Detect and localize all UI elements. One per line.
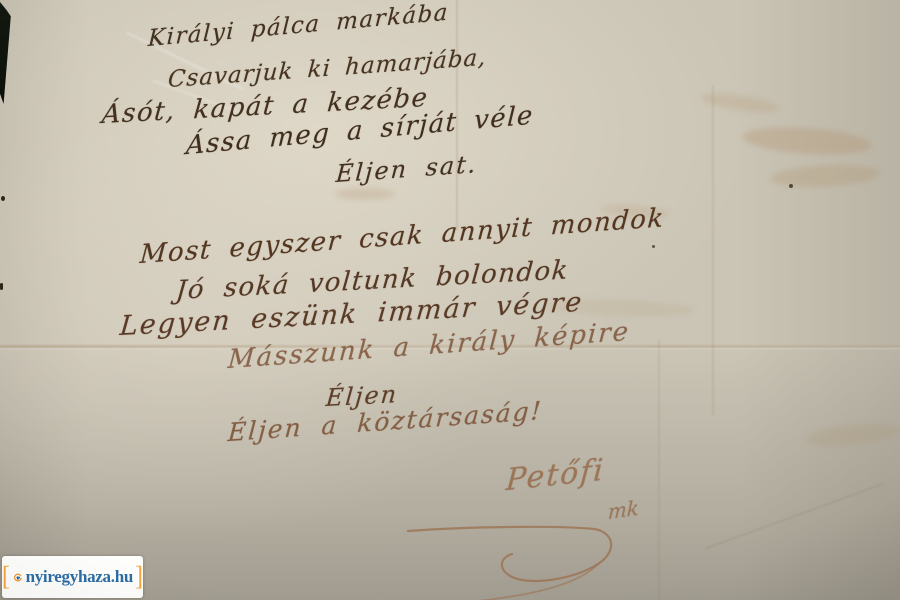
ink-stain bbox=[804, 420, 900, 450]
poem-line-6: Most egyszer csak annyit mondok bbox=[139, 203, 666, 270]
signature: Petőfi bbox=[505, 452, 606, 498]
watermark-logo: [ nyiregyhaza.hu ] bbox=[2, 556, 143, 598]
ink-speck bbox=[652, 245, 655, 248]
bracket-left-icon: [ bbox=[2, 563, 10, 591]
signature-mark: mk bbox=[608, 495, 640, 524]
poem-line-1: Királyi pálca markába bbox=[147, 0, 449, 52]
vertical-crease bbox=[658, 340, 660, 600]
diagonal-crease bbox=[705, 483, 884, 550]
poem-line-2: Csavarjuk ki hamarjába, bbox=[167, 45, 487, 93]
background-corner bbox=[0, 2, 12, 104]
ink-speck bbox=[0, 283, 3, 290]
ink-speck bbox=[1, 196, 5, 201]
nyiregyhaza-logo-icon bbox=[13, 570, 23, 585]
ink-stain bbox=[699, 90, 780, 117]
ink-stain bbox=[335, 188, 395, 200]
watermark-text: nyiregyhaza.hu bbox=[26, 567, 133, 587]
manuscript-photo: Királyi pálca markába Csavarjuk ki hamar… bbox=[0, 0, 900, 600]
bracket-right-icon: ] bbox=[135, 563, 143, 591]
ink-speck bbox=[789, 184, 793, 188]
vertical-crease bbox=[712, 85, 714, 415]
ink-stain bbox=[741, 123, 872, 158]
poem-line-5: Éljen sat. bbox=[335, 150, 478, 188]
ink-stain bbox=[769, 162, 880, 190]
signature-flourish bbox=[404, 518, 629, 600]
